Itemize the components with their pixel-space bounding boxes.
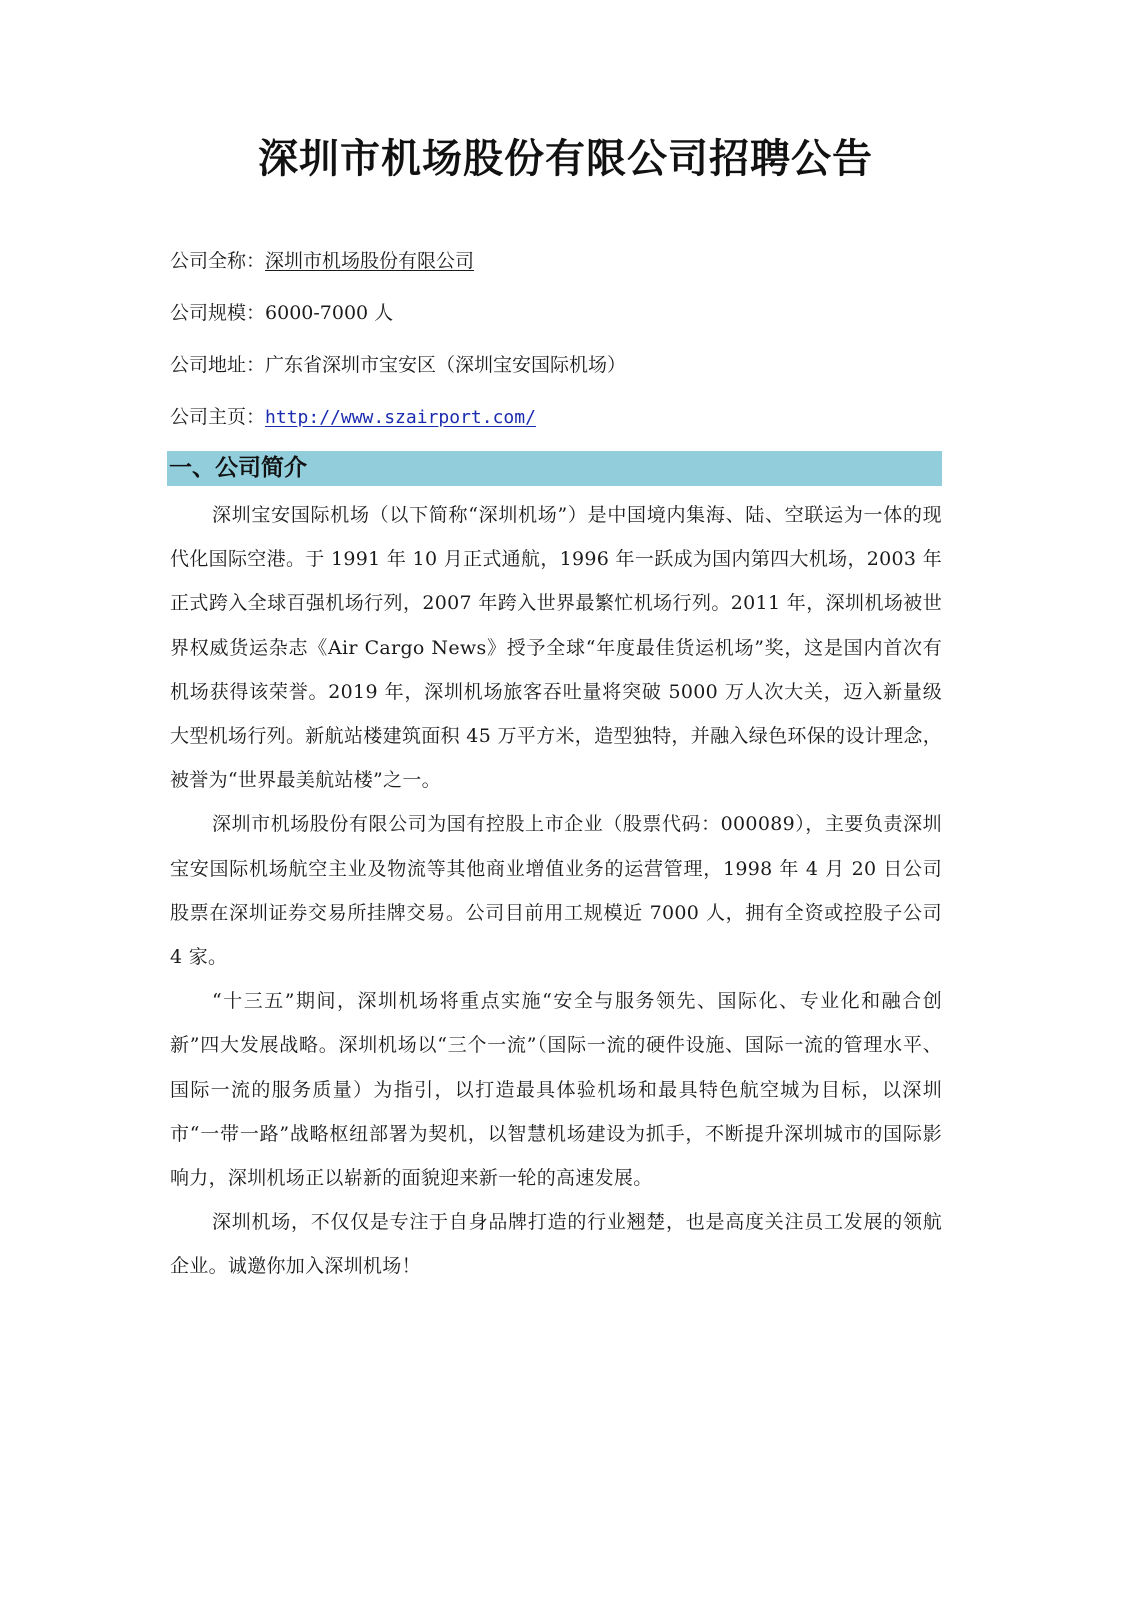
section-heading-company-intro: 一、公司简介 <box>167 451 942 486</box>
info-label: 公司地址： <box>170 354 265 376</box>
company-scale-value: 6000-7000 人 <box>265 302 393 324</box>
info-row-address: 公司地址：广东省深圳市宝安区（深圳宝安国际机场） <box>170 350 950 402</box>
paragraph: 深圳机场，不仅仅是专注于自身品牌打造的行业翘楚，也是高度关注员工发展的领航企业。… <box>170 1200 942 1288</box>
info-label: 公司主页： <box>170 406 265 428</box>
company-info: 公司全称：深圳市机场股份有限公司 公司规模：6000-7000 人 公司地址：广… <box>170 246 950 454</box>
paragraph: 深圳宝安国际机场（以下简称“深圳机场”）是中国境内集海、陆、空联运为一体的现代化… <box>170 493 942 802</box>
info-label: 公司规模： <box>170 302 265 324</box>
paragraph: 深圳市机场股份有限公司为国有控股上市企业（股票代码：000089），主要负责深圳… <box>170 802 942 979</box>
section-body: 深圳宝安国际机场（以下简称“深圳机场”）是中国境内集海、陆、空联运为一体的现代化… <box>170 493 942 1289</box>
homepage-link[interactable]: http://www.szairport.com/ <box>265 407 536 428</box>
info-row-homepage: 公司主页：http://www.szairport.com/ <box>170 402 950 454</box>
paragraph: “十三五”期间，深圳机场将重点实施“安全与服务领先、国际化、专业化和融合创新”四… <box>170 979 942 1200</box>
info-row-scale: 公司规模：6000-7000 人 <box>170 298 950 350</box>
page-title: 深圳市机场股份有限公司招聘公告 <box>0 133 1131 185</box>
company-name-value: 深圳市机场股份有限公司 <box>265 250 486 272</box>
info-label: 公司全称： <box>170 250 265 272</box>
info-row-full-name: 公司全称：深圳市机场股份有限公司 <box>170 246 950 298</box>
document-page: 深圳市机场股份有限公司招聘公告 公司全称：深圳市机场股份有限公司 公司规模：60… <box>0 0 1131 1600</box>
company-address-value: 广东省深圳市宝安区（深圳宝安国际机场） <box>265 354 626 376</box>
